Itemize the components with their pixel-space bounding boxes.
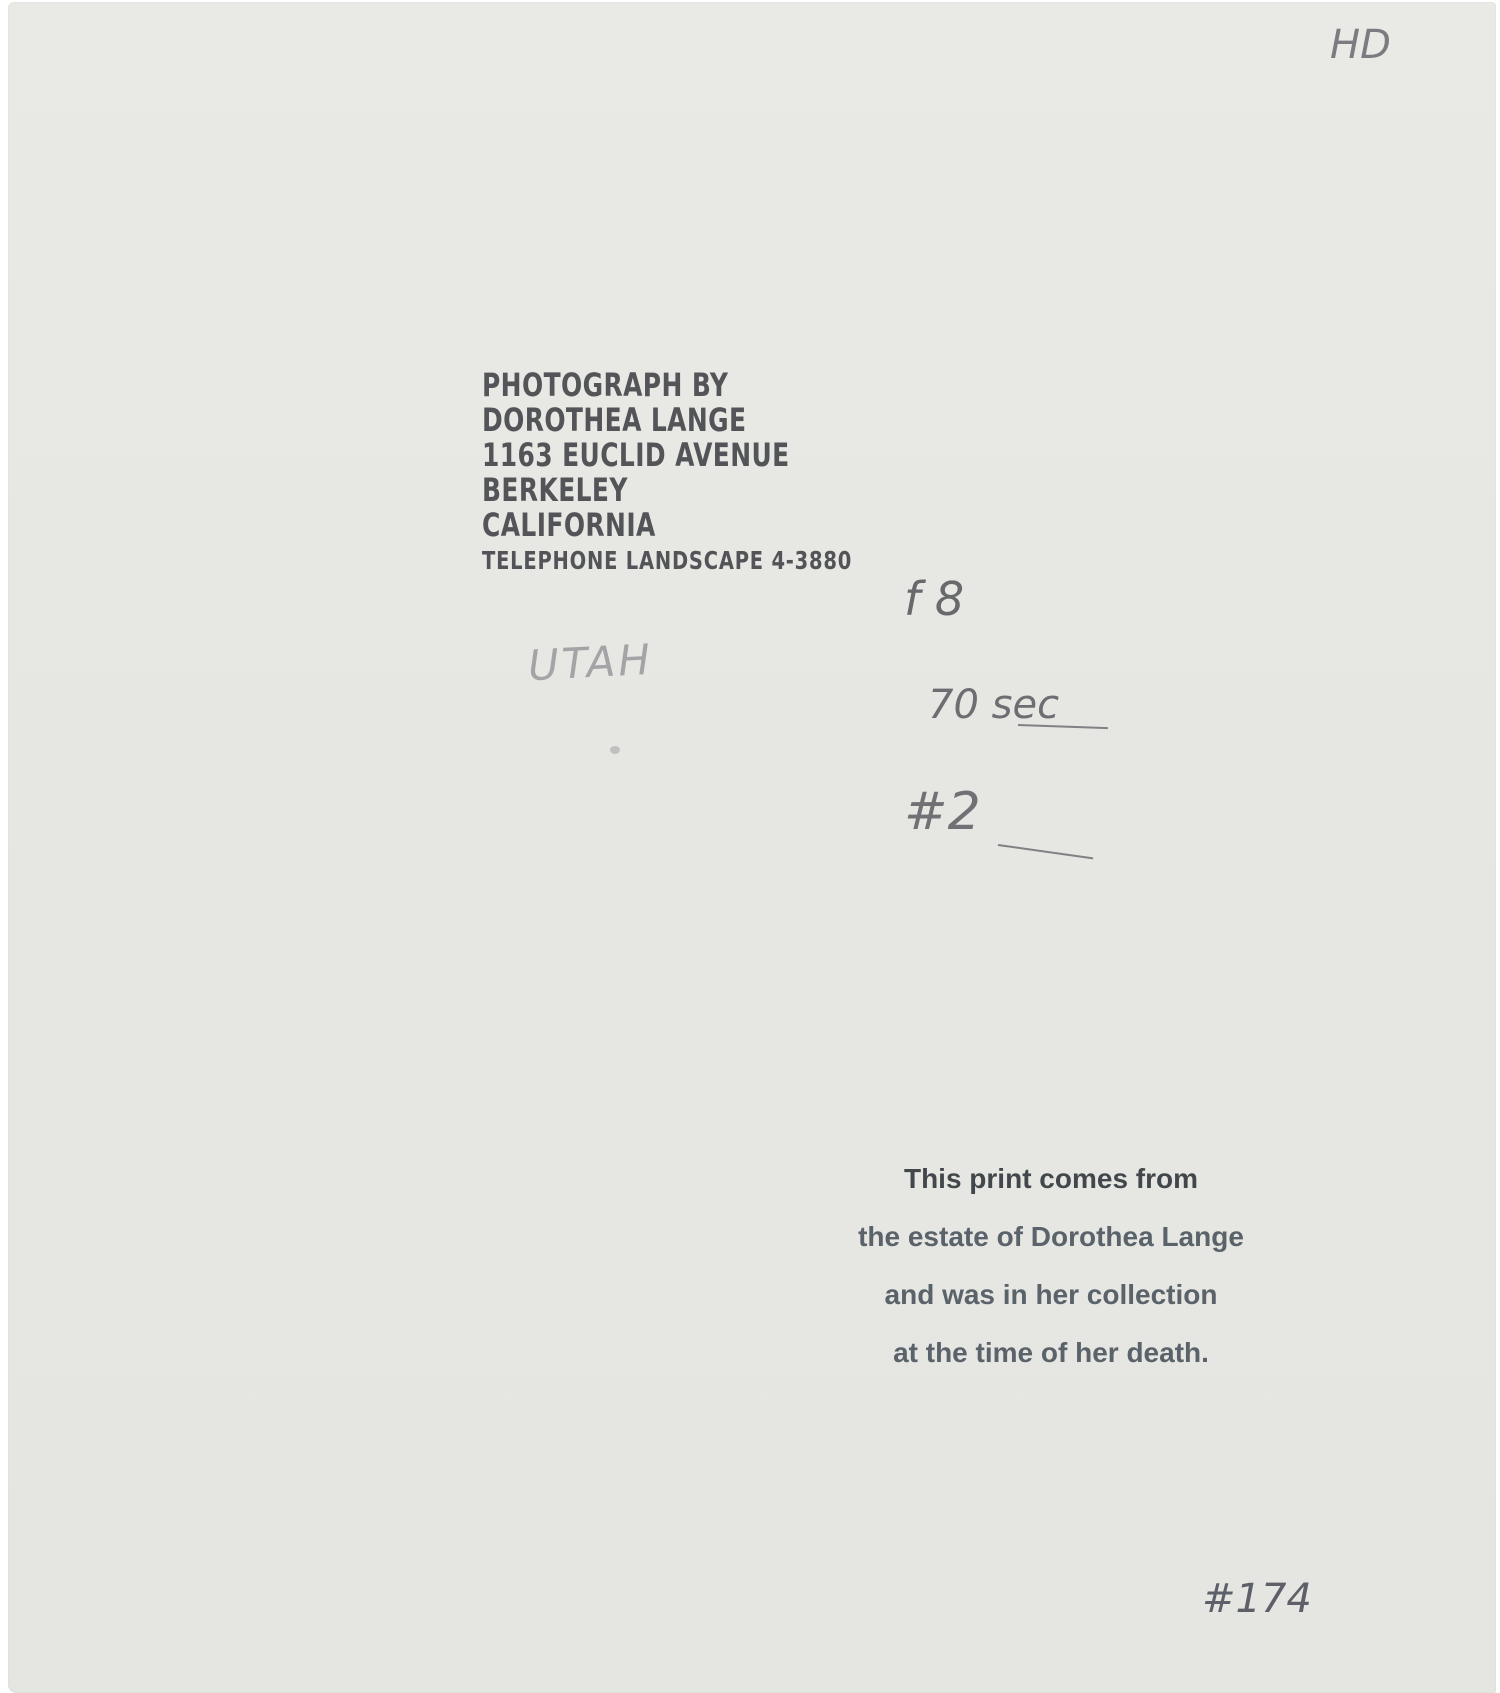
estate-line-2: the estate of Dorothea Lange — [786, 1208, 1316, 1266]
handwritten-location: UTAH — [527, 635, 654, 690]
stamp-line-1: PHOTOGRAPH BY — [482, 368, 852, 403]
handwritten-aperture: f 8 — [904, 572, 964, 626]
estate-line-1: This print comes from — [786, 1150, 1316, 1208]
ink-smudge — [610, 746, 620, 754]
handwritten-print-number: #2 — [904, 782, 981, 842]
estate-stamp: This print comes from the estate of Doro… — [786, 1150, 1316, 1382]
photo-verso-paper: HD PHOTOGRAPH BY DOROTHEA LANGE 1163 EUC… — [8, 2, 1496, 1693]
handwritten-inventory-number: #174 — [1202, 1576, 1312, 1622]
stamp-line-3: 1163 EUCLID AVENUE — [482, 438, 852, 473]
estate-line-4: at the time of her death. — [786, 1324, 1316, 1382]
stamp-line-5: CALIFORNIA — [482, 508, 852, 543]
photographer-stamp: PHOTOGRAPH BY DOROTHEA LANGE 1163 EUCLID… — [482, 368, 852, 576]
print-number-underline — [998, 844, 1093, 859]
stamp-line-6: TELEPHONE LANDSCAPE 4-3880 — [482, 546, 852, 576]
stamp-line-4: BERKELEY — [482, 473, 852, 508]
handwritten-exposure: 70 sec — [928, 682, 1059, 728]
handwritten-initials: HD — [1330, 22, 1391, 68]
stamp-line-2: DOROTHEA LANGE — [482, 403, 852, 438]
estate-line-3: and was in her collection — [786, 1266, 1316, 1324]
